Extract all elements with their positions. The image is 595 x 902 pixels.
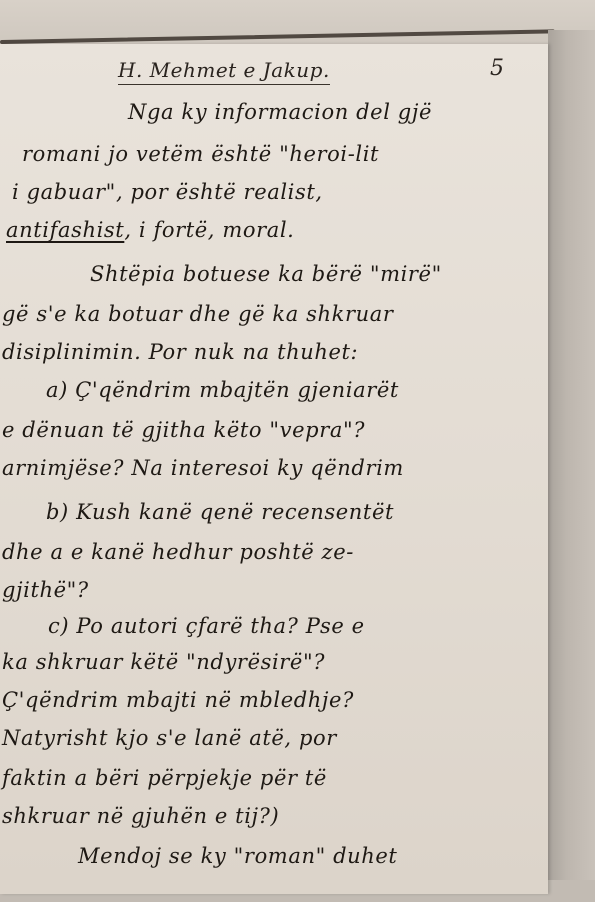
text-line-1: Nga ky informacion del gjë xyxy=(128,100,432,124)
text-line-11: b) Kush kanë qenë recensentët xyxy=(46,500,394,524)
text-line-9: e dënuan të gjitha këto "vepra"? xyxy=(2,418,365,442)
line-4-part3: , moral. xyxy=(208,218,295,242)
text-line-13: gjithë"? xyxy=(2,578,89,602)
text-line-18: faktin a bëri përpjekje për të xyxy=(2,766,327,790)
text-line-12: dhe a e kanë hedhur poshtë ze- xyxy=(2,540,354,564)
line-4-part2: , i fortë xyxy=(124,218,207,242)
text-line-8: a) Ç'qëndrim mbajtën gjeniarët xyxy=(46,378,399,402)
underlined-antifashist: antifashist xyxy=(6,218,124,242)
page-edge-shadow xyxy=(548,30,595,902)
text-line-17: Natyrisht kjo s'e lanë atë, por xyxy=(2,726,337,750)
line-3-text: i gabuar", por është realist, xyxy=(12,180,323,204)
document-title: H. Mehmet e Jakup. xyxy=(118,58,330,85)
text-line-16: Ç'qëndrim mbajti në mbledhje? xyxy=(2,688,354,712)
text-line-2: romani jo vetëm është "heroi-lit xyxy=(22,142,379,166)
text-line-15: ka shkruar këtë "ndyrësirë"? xyxy=(2,650,325,674)
text-line-14: c) Po autori çfarë tha? Pse e xyxy=(48,614,365,638)
text-line-6: gë s'e ka botuar dhe gë ka shkruar xyxy=(2,302,394,326)
previous-page-strip xyxy=(0,0,595,48)
text-line-20: Mendoj se ky "roman" duhet xyxy=(78,844,397,868)
text-line-4: antifashist, i fortë, moral. xyxy=(6,218,294,242)
text-line-10: arnimjëse? Na interesoi ky qëndrim xyxy=(2,456,404,480)
page-number: 5 xyxy=(490,56,504,81)
text-line-19: shkruar në gjuhën e tij?) xyxy=(2,804,279,828)
text-line-5: Shtëpia botuese ka bërë "mirë" xyxy=(90,262,442,286)
text-line-7: disiplinimin. Por nuk na thuhet: xyxy=(2,340,358,364)
text-line-3: i gabuar", por është realist, xyxy=(12,180,323,204)
